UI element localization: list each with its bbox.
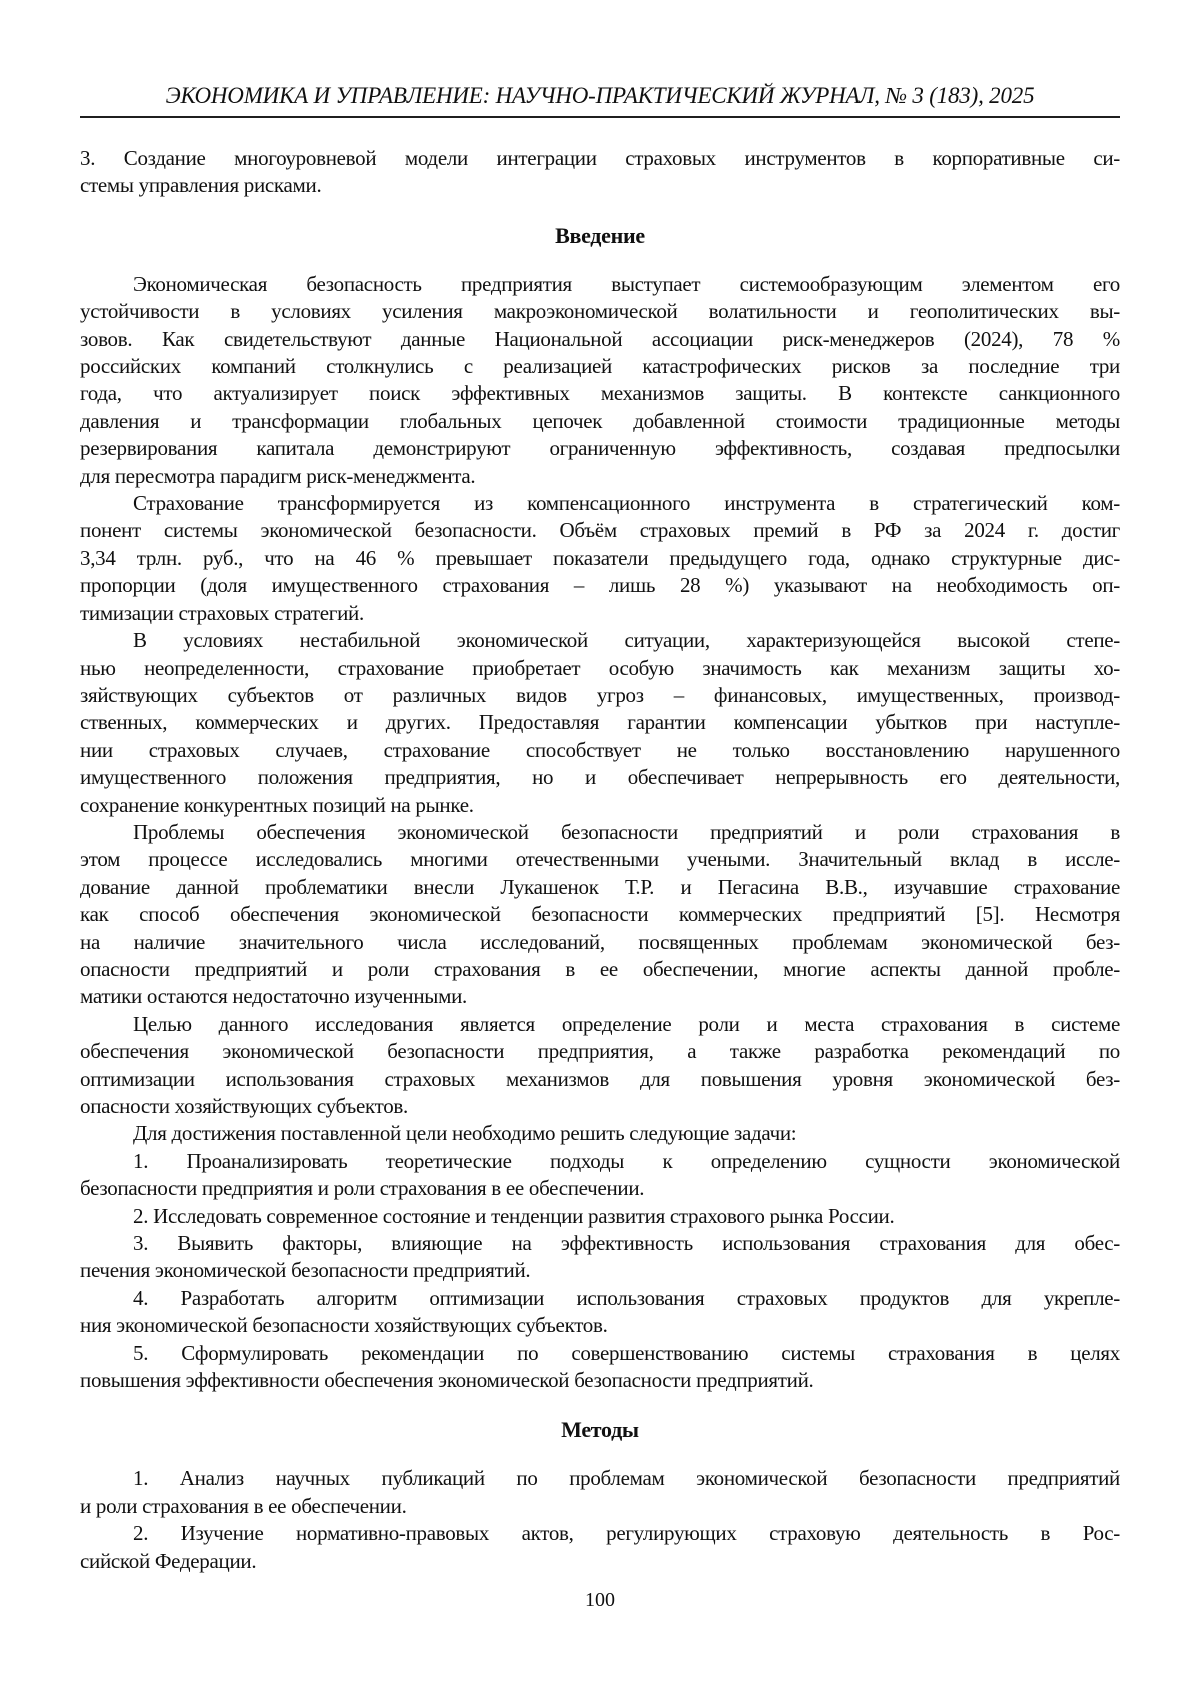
- text-line: ственных, коммерческих и других. Предост…: [80, 709, 1120, 736]
- text-line: 4. Разработать алгоритм оптимизации испо…: [80, 1285, 1120, 1312]
- text-line: 1. Анализ научных публикаций по проблема…: [80, 1465, 1120, 1492]
- text-line: 5. Сформулировать рекомендации по соверш…: [80, 1340, 1120, 1367]
- text-line: обеспечения экономической безопасности п…: [80, 1038, 1120, 1065]
- text-line: года, что актуализирует поиск эффективны…: [80, 380, 1120, 407]
- text-line: опасности хозяйствующих субъектов.: [80, 1093, 1120, 1120]
- article-body: 3. Создание многоуровневой модели интегр…: [80, 145, 1120, 1575]
- text-line: дование данной проблематики внесли Лукаш…: [80, 874, 1120, 901]
- text-line: печения экономической безопасности предп…: [80, 1257, 1120, 1284]
- text-line: как способ обеспечения экономической без…: [80, 901, 1120, 928]
- journal-header-title: ЭКОНОМИКА И УПРАВЛЕНИЕ: НАУЧНО-ПРАКТИЧЕС…: [80, 82, 1120, 110]
- text-line: стемы управления рисками.: [80, 172, 1120, 199]
- text-line: 3,34 трлн. руб., что на 46 % превышает п…: [80, 545, 1120, 572]
- page-number: 100: [80, 1589, 1120, 1612]
- text-line: зовов. Как свидетельствуют данные Национ…: [80, 326, 1120, 353]
- text-line: 3. Создание многоуровневой модели интегр…: [80, 145, 1120, 172]
- text-line: давления и трансформации глобальных цепо…: [80, 408, 1120, 435]
- text-line: российских компаний столкнулись с реализ…: [80, 353, 1120, 380]
- para-task-4: 4. Разработать алгоритм оптимизации испо…: [80, 1285, 1120, 1340]
- text-line: этом процессе исследовались многими отеч…: [80, 846, 1120, 873]
- heading-methods: Методы: [80, 1416, 1120, 1444]
- para-task-5: 5. Сформулировать рекомендации по соверш…: [80, 1340, 1120, 1395]
- text-line: Экономическая безопасность предприятия в…: [80, 271, 1120, 298]
- text-line: В условиях нестабильной экономической си…: [80, 627, 1120, 654]
- heading-introduction: Введение: [80, 222, 1120, 250]
- text-line: имущественного положения предприятия, но…: [80, 764, 1120, 791]
- text-line: матики остаются недостаточно изученными.: [80, 983, 1120, 1010]
- para-method-2: 2. Изучение нормативно-правовых актов, р…: [80, 1520, 1120, 1575]
- para-intro-goal: Целью данного исследования является опре…: [80, 1011, 1120, 1121]
- text-line: повышения эффективности обеспечения экон…: [80, 1367, 1120, 1394]
- para-task-2: 2. Исследовать современное состояние и т…: [80, 1203, 1120, 1230]
- para-intro-1: Экономическая безопасность предприятия в…: [80, 271, 1120, 490]
- text-line: сохранение конкурентных позиций на рынке…: [80, 792, 1120, 819]
- text-line: Целью данного исследования является опре…: [80, 1011, 1120, 1038]
- text-line: ния экономической безопасности хозяйству…: [80, 1312, 1120, 1339]
- para-intro-2: Страхование трансформируется из компенса…: [80, 490, 1120, 627]
- text-line: 3. Выявить факторы, влияющие на эффектив…: [80, 1230, 1120, 1257]
- text-line: понент системы экономической безопасност…: [80, 517, 1120, 544]
- text-line: 2. Исследовать современное состояние и т…: [80, 1203, 1120, 1230]
- text-line: пропорции (доля имущественного страхован…: [80, 572, 1120, 599]
- text-line: на наличие значительного числа исследова…: [80, 929, 1120, 956]
- text-line: 2. Изучение нормативно-правовых актов, р…: [80, 1520, 1120, 1547]
- para-task-3: 3. Выявить факторы, влияющие на эффектив…: [80, 1230, 1120, 1285]
- text-line: опасности предприятий и роли страхования…: [80, 956, 1120, 983]
- text-line: зяйствующих субъектов от различных видов…: [80, 682, 1120, 709]
- para-list-item-3-continued: 3. Создание многоуровневой модели интегр…: [80, 145, 1120, 200]
- page-header: ЭКОНОМИКА И УПРАВЛЕНИЕ: НАУЧНО-ПРАКТИЧЕС…: [80, 82, 1120, 118]
- text-line: устойчивости в условиях усиления макроэк…: [80, 298, 1120, 325]
- para-method-1: 1. Анализ научных публикаций по проблема…: [80, 1465, 1120, 1520]
- text-line: нии страховых случаев, страхование спосо…: [80, 737, 1120, 764]
- text-line: сийской Федерации.: [80, 1548, 1120, 1575]
- para-intro-3: В условиях нестабильной экономической си…: [80, 627, 1120, 819]
- para-intro-tasks-lead: Для достижения поставленной цели необход…: [80, 1120, 1120, 1147]
- text-line: 1. Проанализировать теоретические подход…: [80, 1148, 1120, 1175]
- text-line: Страхование трансформируется из компенса…: [80, 490, 1120, 517]
- text-line: безопасности предприятия и роли страхова…: [80, 1175, 1120, 1202]
- journal-page: ЭКОНОМИКА И УПРАВЛЕНИЕ: НАУЧНО-ПРАКТИЧЕС…: [0, 0, 1200, 1698]
- para-intro-4: Проблемы обеспечения экономической безоп…: [80, 819, 1120, 1011]
- text-line: оптимизации использования страховых меха…: [80, 1066, 1120, 1093]
- text-line: тимизации страховых стратегий.: [80, 600, 1120, 627]
- text-line: нью неопределенности, страхование приобр…: [80, 655, 1120, 682]
- text-line: Проблемы обеспечения экономической безоп…: [80, 819, 1120, 846]
- text-line: для пересмотра парадигм риск-менеджмента…: [80, 463, 1120, 490]
- text-line: резервирования капитала демонстрируют ог…: [80, 435, 1120, 462]
- text-line: и роли страхования в ее обеспечении.: [80, 1493, 1120, 1520]
- header-rule: [80, 116, 1120, 118]
- text-line: Для достижения поставленной цели необход…: [80, 1120, 1120, 1147]
- para-task-1: 1. Проанализировать теоретические подход…: [80, 1148, 1120, 1203]
